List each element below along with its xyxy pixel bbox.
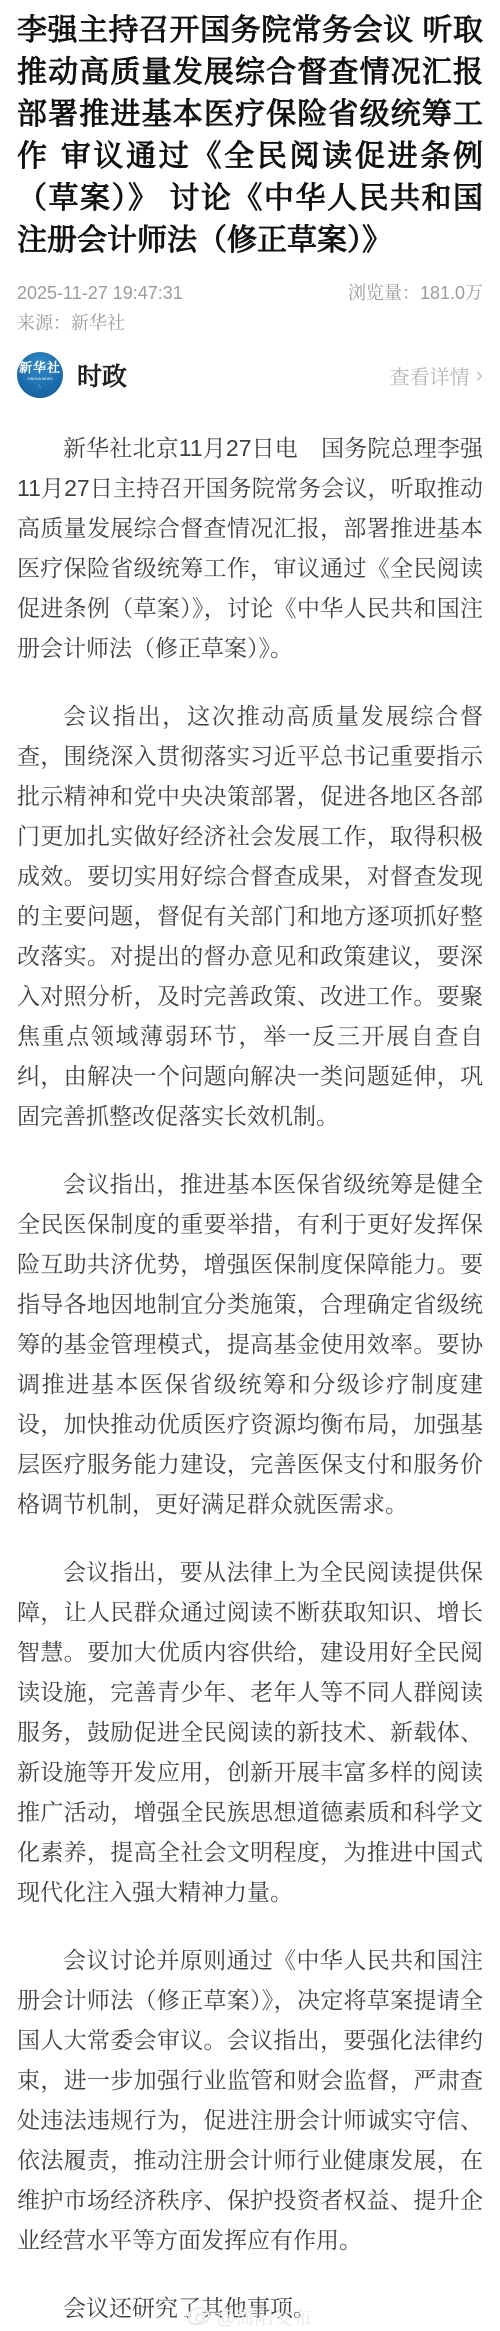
paragraph: 会议讨论并原则通过《中华人民共和国注册会计师法（修正草案）》，决定将草案提请全国…: [17, 1940, 483, 2260]
watermark-text: @简阳发布: [216, 2303, 311, 2330]
source-label: 来源：: [17, 313, 71, 333]
view-count-label: 浏览量：: [348, 283, 420, 303]
publish-time: 2025-11-27 19:47:31: [17, 278, 183, 308]
xinhua-logo-icon: 新华社 XINHUA NEWS ∴: [17, 352, 63, 398]
paragraph: 新华社北京11月27日电 国务院总理李强11月27日主持召开国务院常务会议，听取…: [17, 428, 483, 668]
article-title: 李强主持召开国务院常务会议 听取推动高质量发展综合督查情况汇报 部署推进基本医疗…: [17, 10, 483, 262]
weibo-watermark: @简阳发布: [0, 2301, 500, 2331]
article-body: 新华社北京11月27日电 国务院总理李强11月27日主持召开国务院常务会议，听取…: [17, 428, 483, 2328]
view-count-value: 181.0万: [420, 283, 483, 303]
chevron-right-icon: ›: [476, 365, 483, 385]
view-details-link[interactable]: 查看详情 ›: [390, 361, 483, 390]
paragraph: 会议指出，推进基本医保省级统筹是健全全民医保制度的重要举措，有利于更好发挥保险互…: [17, 1164, 483, 1524]
xinhua-logo-text: 新华社: [19, 361, 61, 375]
paragraph: 会议指出，这次推动高质量发展综合督查，围绕深入贯彻落实习近平总书记重要指示批示精…: [17, 696, 483, 1136]
view-count: 浏览量：181.0万: [348, 278, 483, 308]
topic-label: 时政: [77, 357, 390, 393]
source-value: 新华社: [71, 313, 125, 333]
xinhua-logo-stars: ∴: [38, 384, 42, 389]
view-details-label: 查看详情: [390, 361, 470, 390]
article-page: 李强主持召开国务院常务会议 听取推动高质量发展综合督查情况汇报 部署推进基本医疗…: [0, 0, 500, 2331]
weibo-icon: [188, 2307, 210, 2325]
xinhua-logo-subtext: XINHUA NEWS: [27, 377, 52, 381]
source: 来源：新华社: [17, 308, 483, 338]
paragraph: 会议指出，要从法律上为全民阅读提供保障，让人民群众通过阅读不断获取知识、增长智慧…: [17, 1552, 483, 1912]
article-meta: 2025-11-27 19:47:31 浏览量：181.0万 来源：新华社: [17, 278, 483, 338]
topic-card[interactable]: 新华社 XINHUA NEWS ∴ 时政 查看详情 ›: [17, 352, 483, 398]
